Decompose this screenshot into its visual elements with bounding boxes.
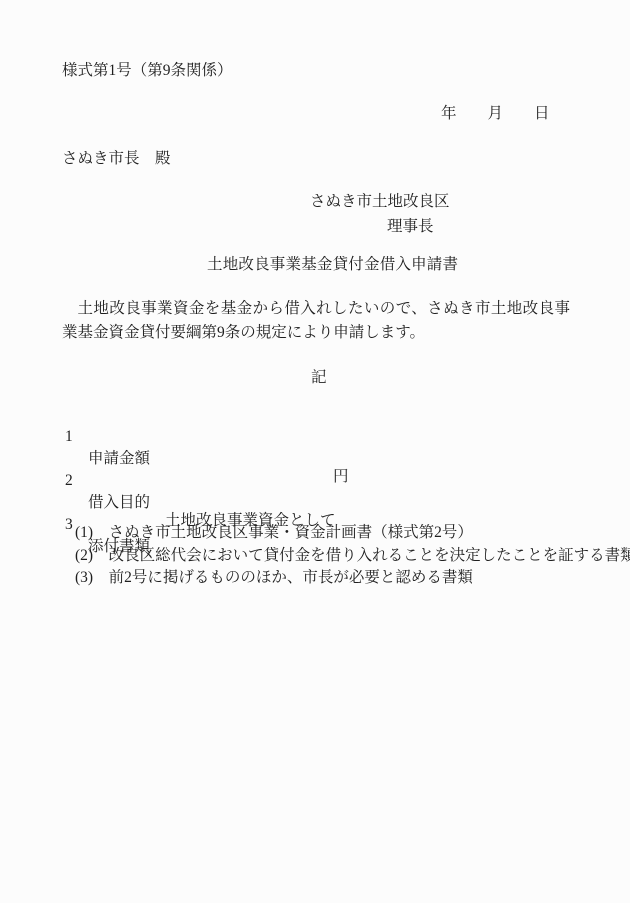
form-number: 様式第1号（第9条関係）: [62, 62, 233, 81]
attachment-item: (3) 前2号に掲げるもののほか、市長が必要と認める書類: [75, 565, 473, 587]
item-number: 3: [65, 516, 73, 534]
document-title: 土地改良事業基金貸付金借入申請書: [207, 256, 458, 275]
attachment-item: (1) さぬき市土地改良区事業・資金計画書（様式第2号）: [75, 520, 473, 542]
item-number: 2: [65, 472, 73, 490]
item-number: 1: [65, 428, 73, 446]
applicant-representative-title: 理事長: [387, 218, 434, 237]
applicant-organization: さぬき市土地改良区: [310, 193, 450, 212]
body-paragraph: 土地改良事業資金を基金から借入れしたいので、さぬき市土地改良事業基金資金貸付要綱…: [62, 297, 570, 345]
record-label: 記: [311, 369, 327, 388]
addressee: さぬき市長 殿: [62, 150, 171, 169]
date-line: 年 月 日: [441, 105, 550, 124]
attachment-item: (2) 改良区総代会において貸付金を借り入れることを決定したことを証する書類: [75, 543, 630, 565]
document-page: 様式第1号（第9条関係） 年 月 日 さぬき市長 殿 さぬき市土地改良区 理事長…: [0, 0, 630, 903]
